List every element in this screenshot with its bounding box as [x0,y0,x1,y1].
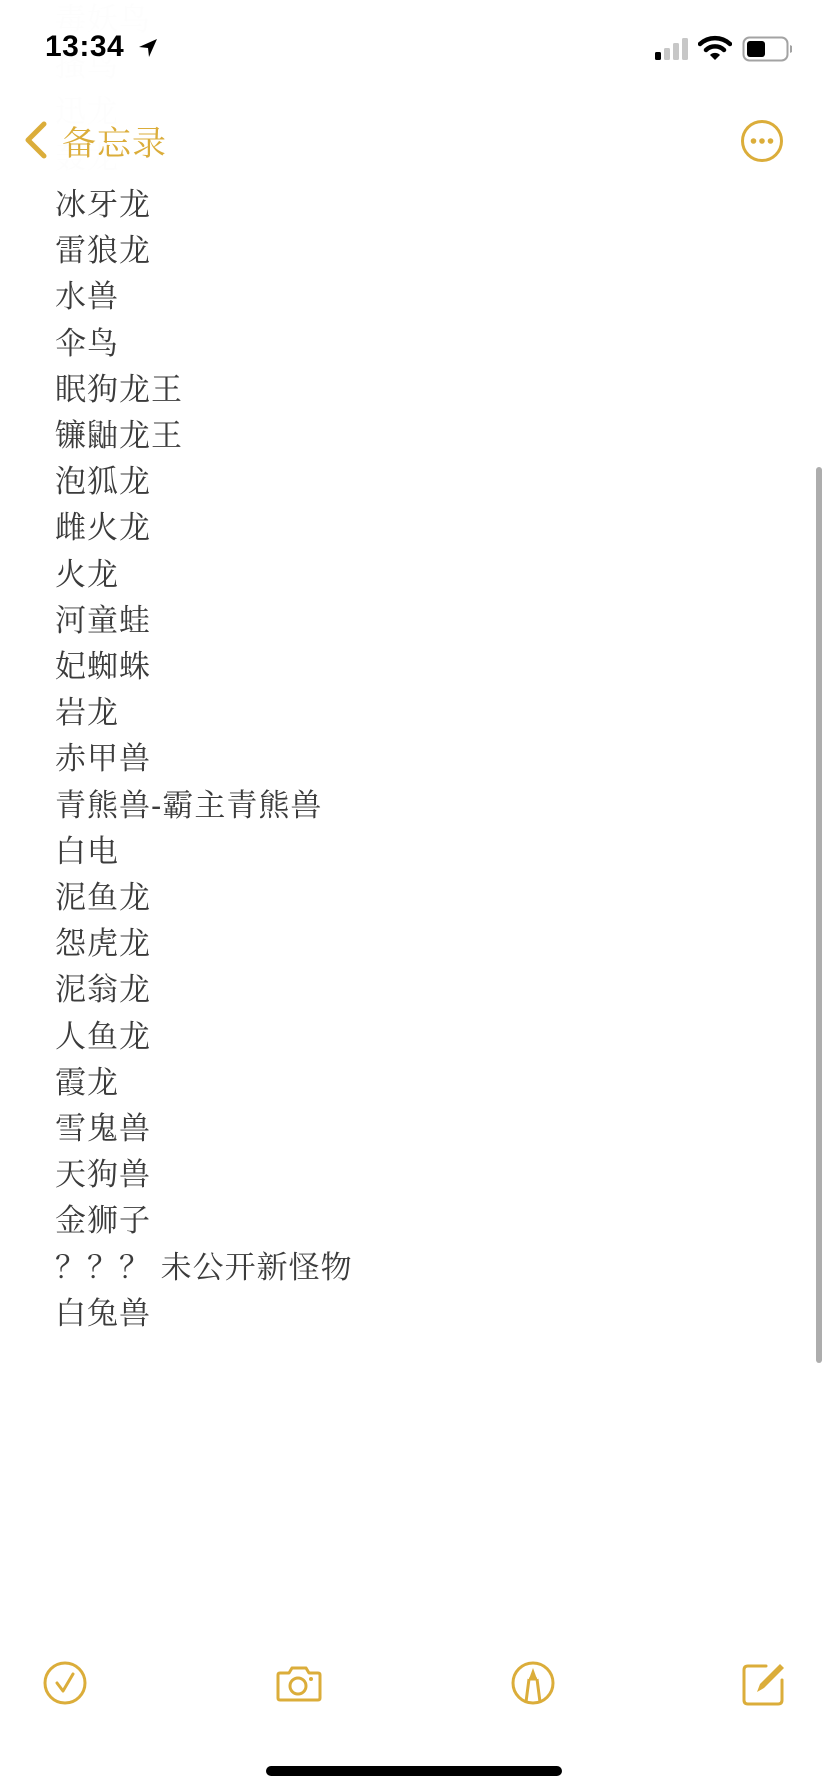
camera-icon[interactable] [274,1658,324,1708]
home-indicator[interactable] [266,1766,562,1776]
note-line[interactable]: 伞鸟 [55,321,119,367]
note-line[interactable]: 白兔兽 [55,1291,151,1337]
note-line[interactable]: 眠狗龙王 [55,367,183,413]
note-line[interactable]: 泥翁龙 [55,967,151,1013]
note-line[interactable]: 泡狐龙 [55,459,151,505]
chevron-left-icon [20,120,50,160]
note-line[interactable]: 火龙 [55,552,119,598]
note-line[interactable]: 怨虎龙 [55,921,151,967]
bottom-toolbar [0,1640,828,1720]
note-line[interactable]: 镰鼬龙王 [55,413,183,459]
note-line[interactable]: 霞龙 [55,1060,119,1106]
status-time: 13:34 [45,30,124,64]
back-button[interactable]: 备忘录 [20,115,167,165]
back-button-label: 备忘录 [62,116,167,165]
note-line[interactable]: 水兽 [55,274,119,320]
status-bar: 13:34 [0,0,828,90]
note-body[interactable]: 毒妖鸟 搔鸟 迅龙 轰龙 冰牙龙 雷狼龙 水兽 伞鸟 眠狗龙王 镰鼬龙王 泡狐龙… [0,0,828,1792]
note-line[interactable]: 雷狼龙 [55,228,151,274]
more-options-button[interactable] [740,119,784,163]
location-arrow-icon [137,37,159,59]
note-line[interactable]: 雪鬼兽 [55,1106,151,1152]
note-line[interactable]: 金狮子 [55,1198,151,1244]
wifi-icon [698,35,732,61]
markup-pen-icon[interactable] [508,1658,558,1708]
checklist-icon[interactable] [40,1658,90,1708]
note-line[interactable]: 岩龙 [55,690,119,736]
note-line[interactable]: 冰牙龙 [55,182,151,228]
cellular-signal-icon [654,37,690,61]
note-line[interactable]: ？？？ 未公开新怪物 [55,1245,353,1291]
note-line[interactable]: 天狗兽 [55,1152,151,1198]
battery-icon [742,36,794,62]
compose-icon[interactable] [740,1658,790,1708]
note-line[interactable]: 人鱼龙 [55,1014,151,1060]
note-line[interactable]: 赤甲兽 [55,736,151,782]
scrollbar[interactable] [816,467,822,1363]
note-line[interactable]: 白电 [55,829,119,875]
note-line[interactable]: 青熊兽-霸主青熊兽 [55,783,322,829]
note-line[interactable]: 泥鱼龙 [55,875,151,921]
note-line[interactable]: 河童蛙 [55,598,151,644]
note-line[interactable]: 雌火龙 [55,505,151,551]
note-line[interactable]: 妃蜘蛛 [55,644,151,690]
